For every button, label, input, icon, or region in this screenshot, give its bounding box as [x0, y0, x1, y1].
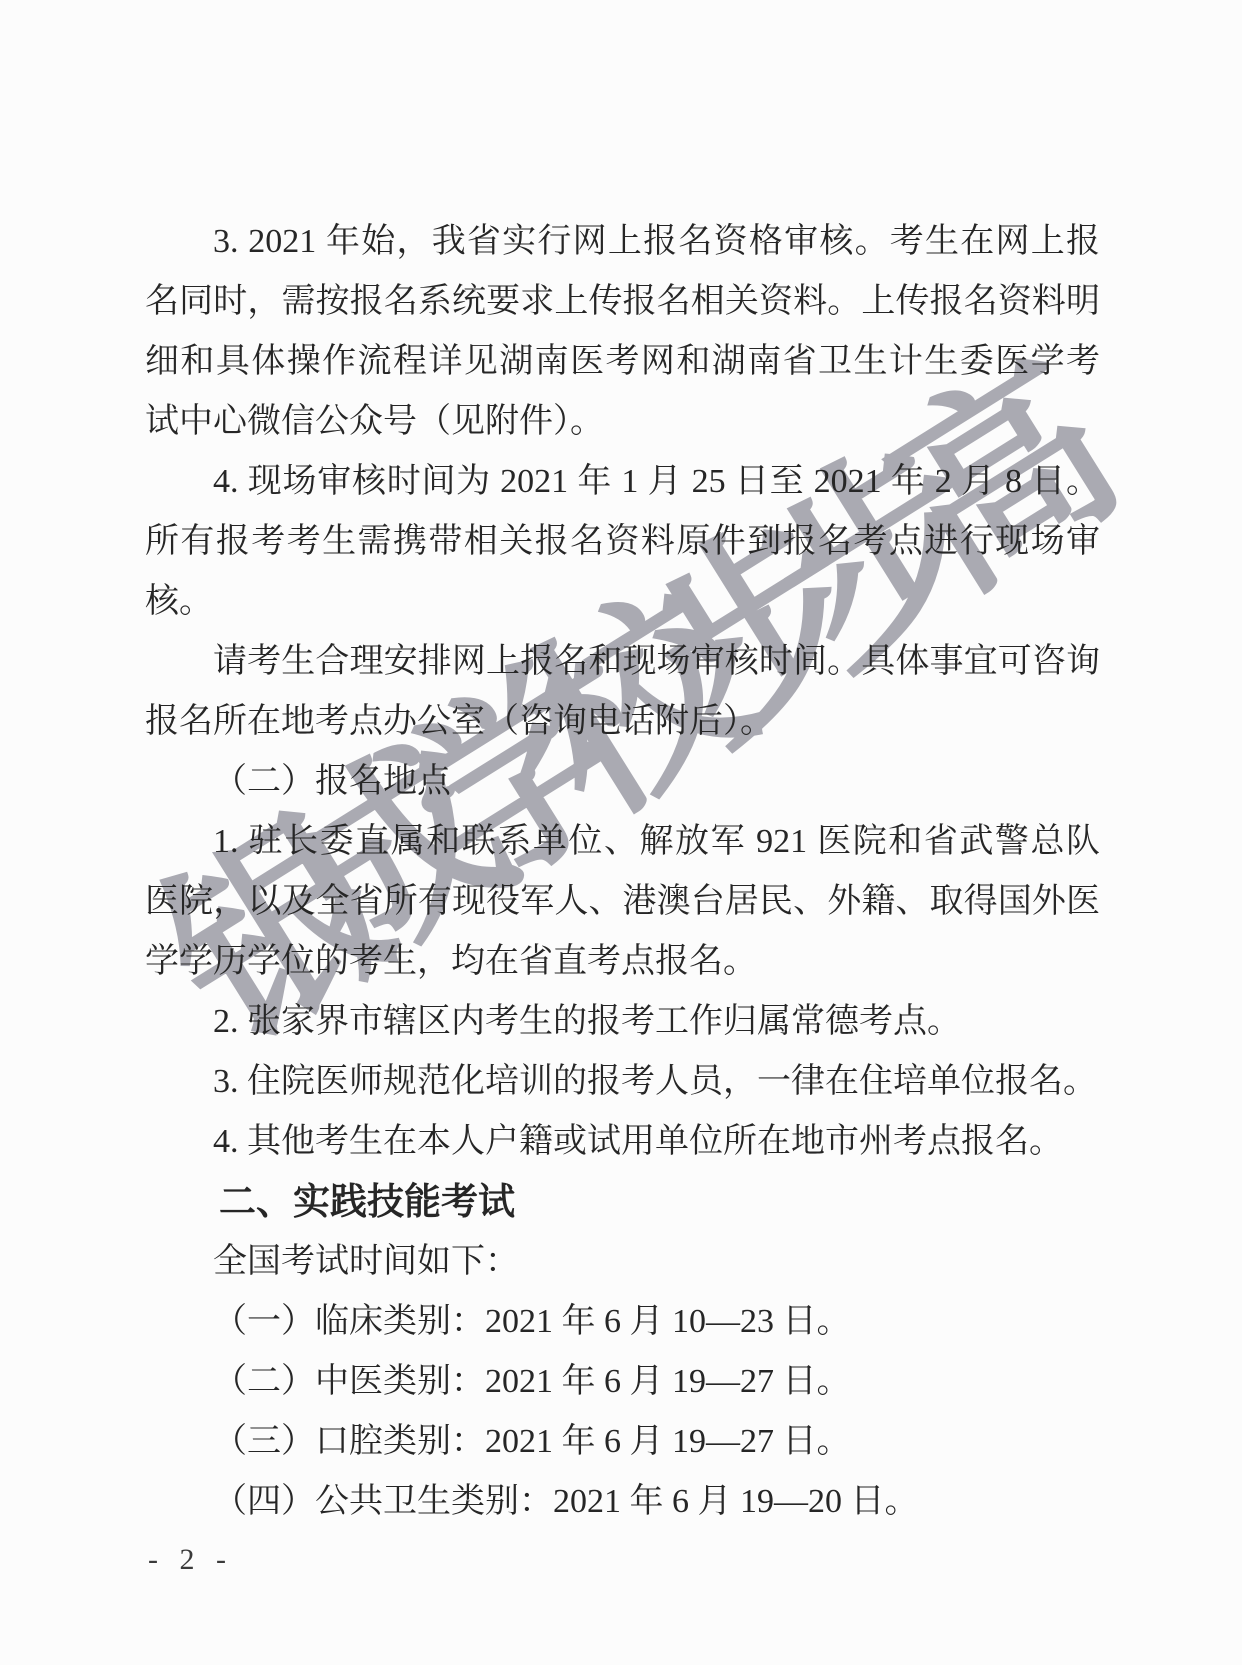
- text-line: （三）口腔类别：2021 年 6 月 19—27 日。: [145, 1412, 1100, 1472]
- text-line: （四）公共卫生类别：2021 年 6 月 19—20 日。: [145, 1472, 1100, 1532]
- text-line: 4. 其他考生在本人户籍或试用单位所在地市州考点报名。: [145, 1112, 1100, 1172]
- text-line: 4. 现场审核时间为 2021 年 1 月 25 日至 2021 年 2 月 8…: [145, 452, 1100, 512]
- text-line: 全国考试时间如下：: [145, 1232, 1100, 1292]
- text-line: 2. 张家界市辖区内考生的报考工作归属常德考点。: [145, 992, 1100, 1052]
- text-line: （一）临床类别：2021 年 6 月 10—23 日。: [145, 1292, 1100, 1352]
- text-line: 细和具体操作流程详见湖南医考网和湖南省卫生计生委医学考: [145, 332, 1100, 392]
- text-line: 3. 住院医师规范化培训的报考人员，一律在住培单位报名。: [145, 1052, 1100, 1112]
- text-line: 报名所在地考点办公室（咨询电话附后）。: [145, 692, 1100, 752]
- text-line: 1. 驻长委直属和联系单位、解放军 921 医院和省武警总队: [145, 812, 1100, 872]
- text-line: 试中心微信公众号（见附件）。: [145, 392, 1100, 452]
- text-line: 名同时，需按报名系统要求上传报名相关资料。上传报名资料明: [145, 272, 1100, 332]
- document-page: 银成学校步步高 3. 2021 年始，我省实行网上报名资格审核。考生在网上报名同…: [0, 0, 1242, 1665]
- text-line: （二）报名地点: [145, 752, 1100, 812]
- text-line: 请考生合理安排网上报名和现场审核时间。具体事宜可咨询: [145, 632, 1100, 692]
- text-line: 所有报考考生需携带相关报名资料原件到报名考点进行现场审: [145, 512, 1100, 572]
- text-line: （二）中医类别：2021 年 6 月 19—27 日。: [145, 1352, 1100, 1412]
- page-number: - 2 -: [148, 1540, 233, 1580]
- text-line: 3. 2021 年始，我省实行网上报名资格审核。考生在网上报: [145, 212, 1100, 272]
- document-content: 3. 2021 年始，我省实行网上报名资格审核。考生在网上报名同时，需按报名系统…: [145, 212, 1100, 1532]
- section-heading-line: 二、实践技能考试: [145, 1172, 1100, 1232]
- text-line: 医院，以及全省所有现役军人、港澳台居民、外籍、取得国外医: [145, 872, 1100, 932]
- text-line: 核。: [145, 572, 1100, 632]
- text-line: 学学历学位的考生，均在省直考点报名。: [145, 932, 1100, 992]
